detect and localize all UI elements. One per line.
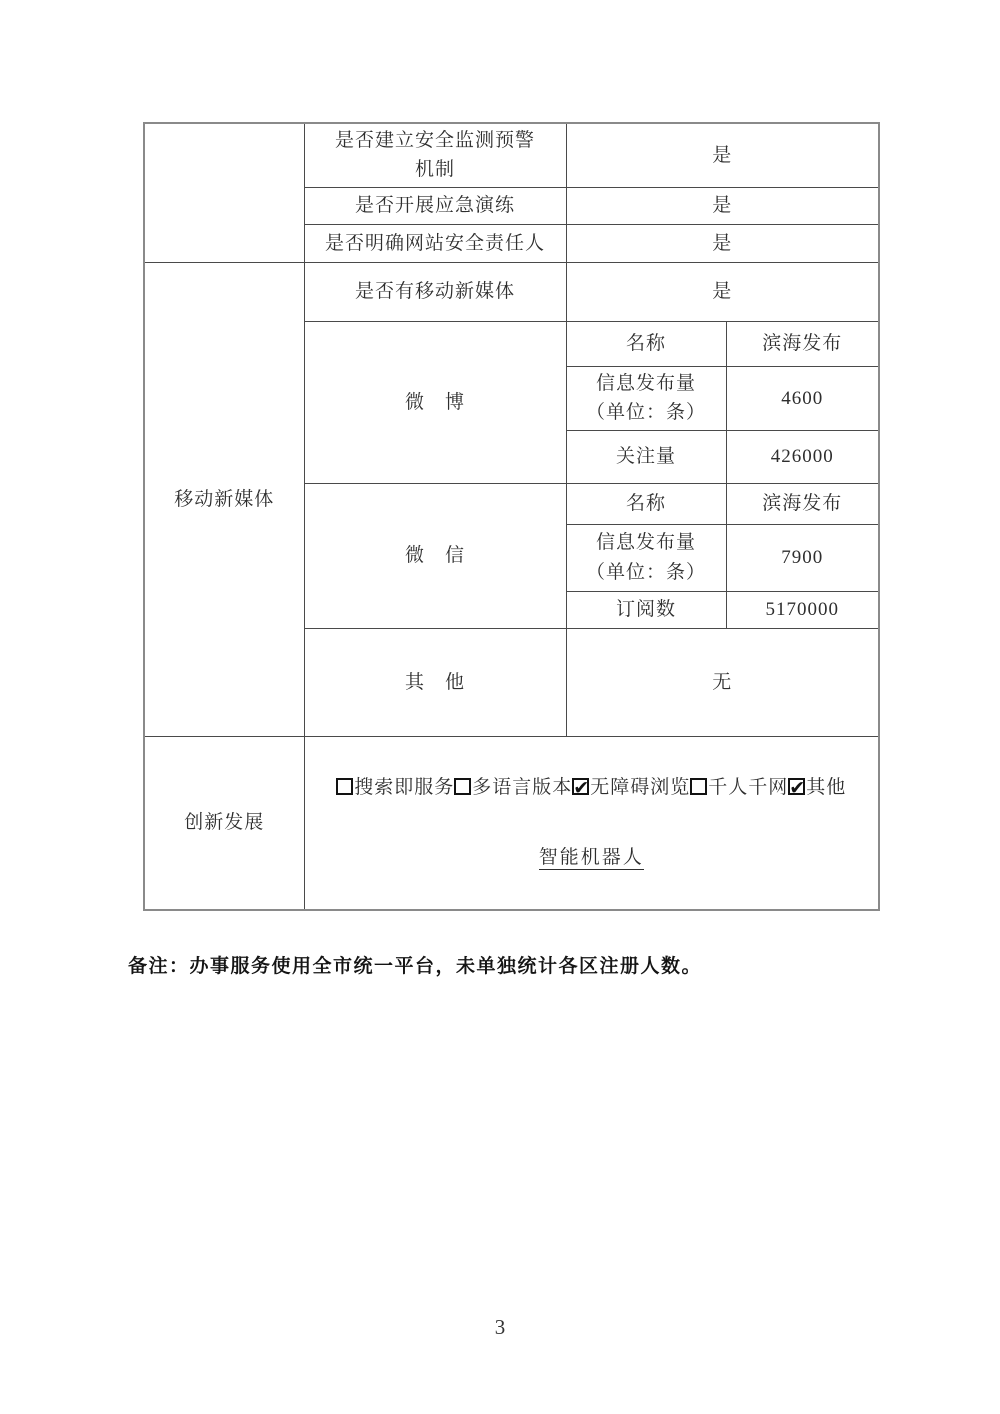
wechat-name-label: 名称 bbox=[566, 483, 726, 524]
question-emergency-drill: 是否开展应急演练 bbox=[304, 187, 566, 224]
checkbox-accessible-browsing[interactable] bbox=[572, 778, 589, 795]
table-row: 移动新媒体 是否有移动新媒体 是 bbox=[144, 262, 879, 321]
innovation-other-detail: 智能机器人 bbox=[309, 838, 875, 878]
label-other-media: 其 他 bbox=[304, 628, 566, 736]
innovation-checkbox-line: 搜索即服务多语言版本无障碍浏览千人千网其他 bbox=[309, 768, 875, 808]
wechat-posts-value: 7900 bbox=[726, 524, 879, 591]
section-label-empty bbox=[144, 123, 304, 262]
document-page: 是否建立安全监测预警 机制 是 是否开展应急演练 是 是否明确网站安全责任人 是… bbox=[0, 0, 1000, 1414]
weibo-followers-label: 关注量 bbox=[566, 430, 726, 483]
wechat-posts-label: 信息发布量 （单位：条） bbox=[566, 524, 726, 591]
innovation-other-detail-text: 智能机器人 bbox=[539, 847, 644, 870]
table-row: 是否建立安全监测预警 机制 是 bbox=[144, 123, 879, 187]
label-wechat: 微 信 bbox=[304, 483, 566, 628]
answer-security-monitoring: 是 bbox=[566, 123, 879, 187]
answer-emergency-drill: 是 bbox=[566, 187, 879, 224]
section-label-mobile-media: 移动新媒体 bbox=[144, 262, 304, 736]
innovation-options-cell: 搜索即服务多语言版本无障碍浏览千人千网其他 智能机器人 bbox=[304, 736, 879, 910]
checkbox-other[interactable] bbox=[788, 778, 805, 795]
question-security-monitoring: 是否建立安全监测预警 机制 bbox=[304, 123, 566, 187]
other-media-value: 无 bbox=[566, 628, 879, 736]
checkbox-label-other: 其他 bbox=[806, 777, 846, 798]
page-number: 3 bbox=[0, 1315, 1000, 1340]
weibo-followers-value: 426000 bbox=[726, 430, 879, 483]
checkbox-label-personalized-web: 千人千网 bbox=[708, 777, 788, 798]
checkbox-label-multilingual-version: 多语言版本 bbox=[472, 777, 572, 798]
wechat-subscribers-value: 5170000 bbox=[726, 591, 879, 628]
answer-security-responsible: 是 bbox=[566, 224, 879, 262]
table-row: 创新发展 搜索即服务多语言版本无障碍浏览千人千网其他 智能机器人 bbox=[144, 736, 879, 910]
label-weibo: 微 博 bbox=[304, 321, 566, 483]
weibo-name-label: 名称 bbox=[566, 321, 726, 366]
question-has-mobile-media: 是否有移动新媒体 bbox=[304, 262, 566, 321]
wechat-name-value: 滨海发布 bbox=[726, 483, 879, 524]
weibo-posts-value: 4600 bbox=[726, 366, 879, 430]
remark-note: 备注：办事服务使用全市统一平台，未单独统计各区注册人数。 bbox=[128, 951, 702, 978]
answer-has-mobile-media: 是 bbox=[566, 262, 879, 321]
checkbox-label-accessible-browsing: 无障碍浏览 bbox=[590, 777, 690, 798]
checkbox-multilingual-version[interactable] bbox=[454, 778, 471, 795]
question-security-responsible: 是否明确网站安全责任人 bbox=[304, 224, 566, 262]
checkbox-label-search-as-service: 搜索即服务 bbox=[354, 777, 454, 798]
annual-report-table: 是否建立安全监测预警 机制 是 是否开展应急演练 是 是否明确网站安全责任人 是… bbox=[143, 122, 880, 911]
weibo-name-value: 滨海发布 bbox=[726, 321, 879, 366]
weibo-posts-label: 信息发布量 （单位：条） bbox=[566, 366, 726, 430]
checkbox-personalized-web[interactable] bbox=[690, 778, 707, 795]
section-label-innovation: 创新发展 bbox=[144, 736, 304, 910]
checkbox-search-as-service[interactable] bbox=[336, 778, 353, 795]
wechat-subscribers-label: 订阅数 bbox=[566, 591, 726, 628]
